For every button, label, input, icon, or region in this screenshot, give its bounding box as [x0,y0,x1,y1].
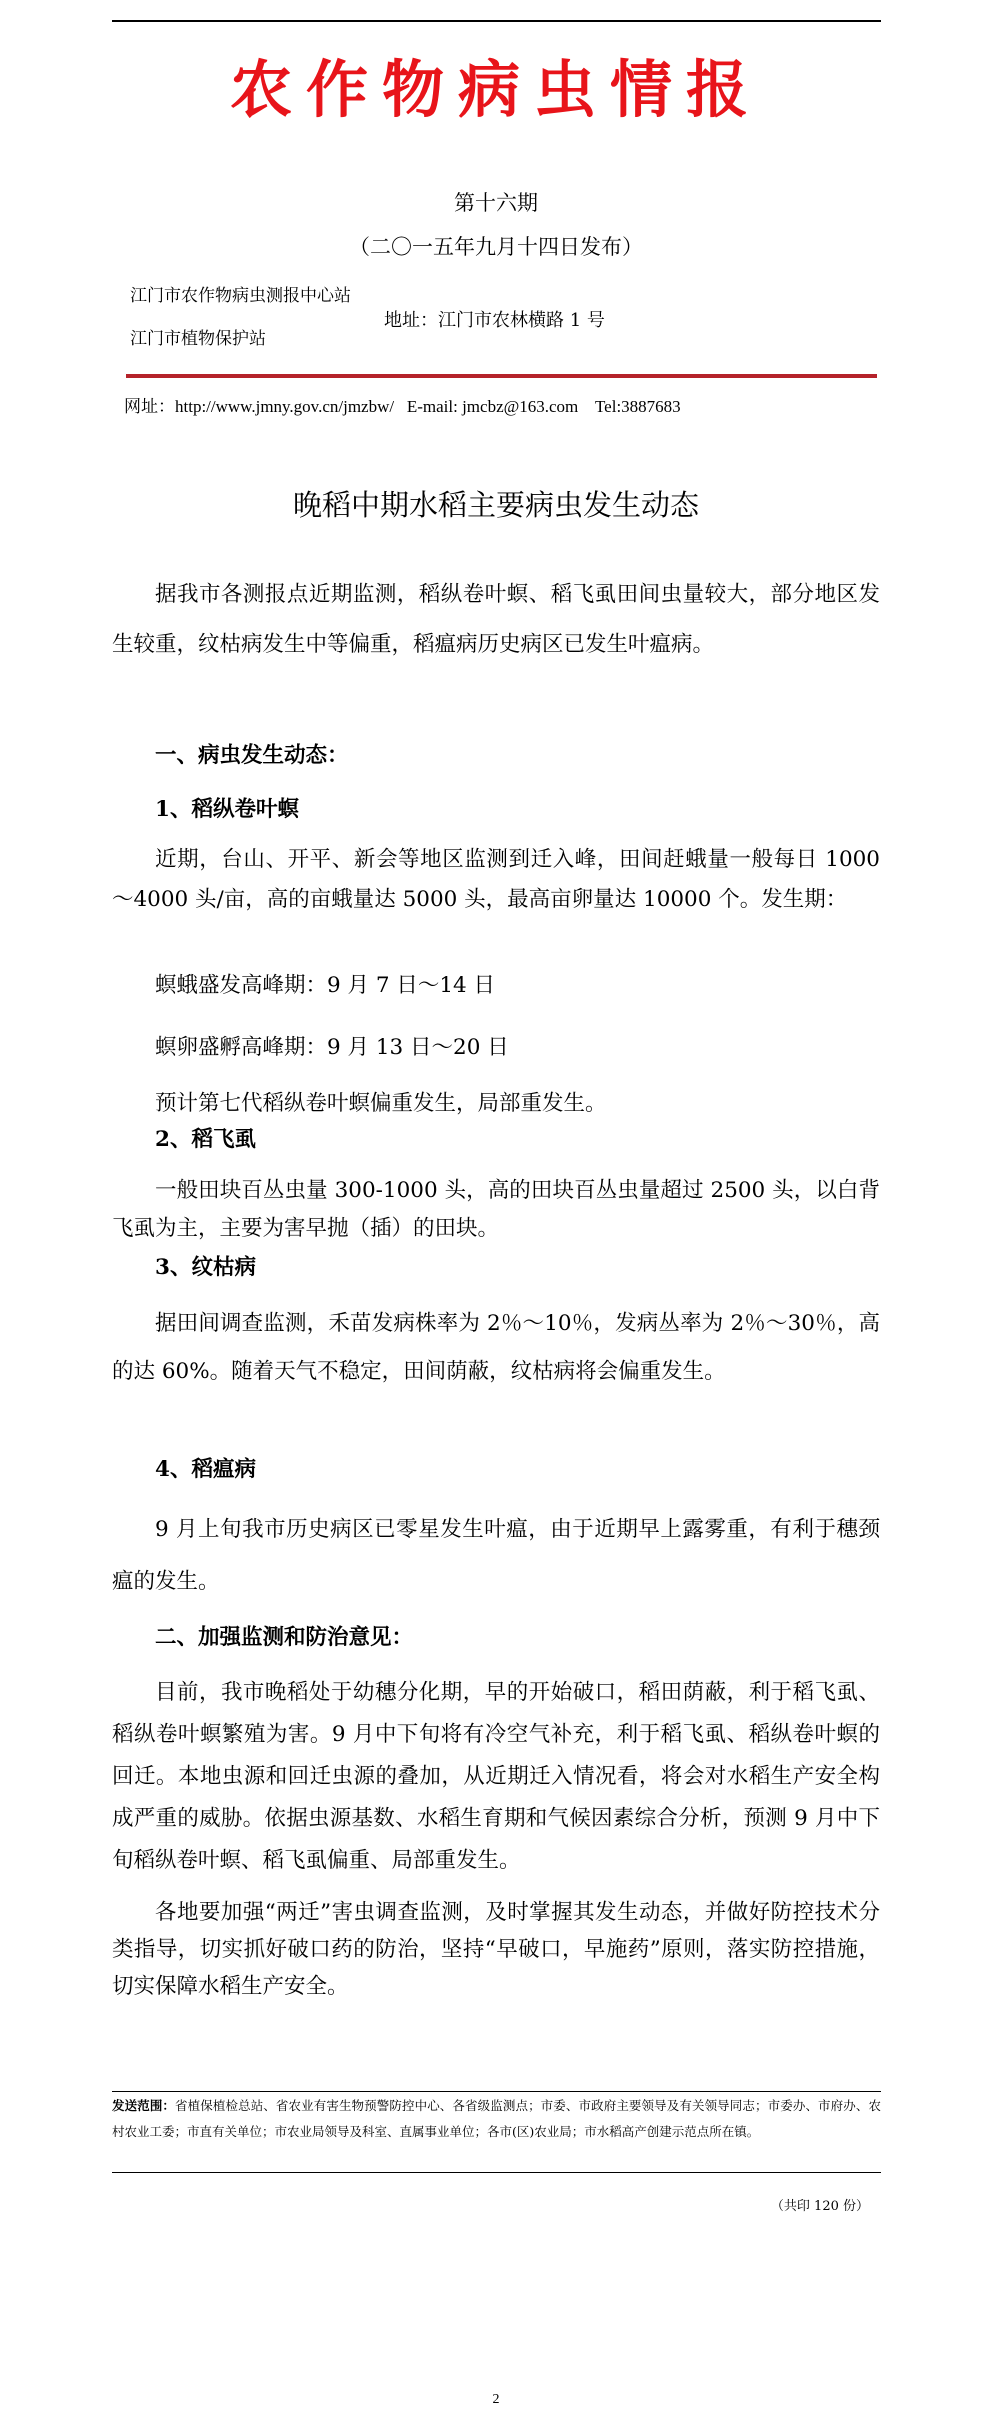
section2-heading: 二、加强监测和防治意见： [112,1620,923,1656]
top-divider [112,20,881,22]
issue-number: 第十六期 [0,188,992,218]
egg-peak: 螟卵盛孵高峰期：9 月 13 日～20 日 [112,1030,509,1066]
org-primary: 江门市农作物病虫测报中心站 [130,283,351,309]
publish-date: （二〇一五年九月十四日发布） [0,232,992,262]
document-page: 农作物病虫情报 第十六期 （二〇一五年九月十四日发布） 江门市农作物病虫测报中心… [0,0,992,2428]
distribution-list: 发送范围：省植保植检总站、省农业有害生物预警防控中心、各省级监测点；市委、市政府… [112,2093,881,2145]
item3-text: 据田间调查监测，禾苗发病株率为 2％～10％，发病丛率为 2％～30％，高的达 … [112,1300,880,1396]
page-number: 2 [0,2392,992,2408]
item2-heading: 2、稻飞虱 [112,1122,923,1158]
section2-paragraph-2: 各地要加强“两迁”害虫调查监测，及时掌握其发生动态，并做好防控技术分类指导，切实… [112,1894,880,2005]
moth-peak: 螟蛾盛发高峰期：9 月 7 日～14 日 [112,968,495,1004]
red-divider [126,374,877,378]
item4-text: 9 月上旬我市历史病区已零星发生叶瘟，由于近期早上露雾重，有利于穗颈瘟的发生。 [112,1504,880,1608]
masthead-title: 农作物病虫情报 [0,40,992,140]
article-title: 晚稻中期水稻主要病虫发生动态 [0,485,992,525]
section2-paragraph-1: 目前，我市晚稻处于幼穗分化期，早的开始破口，稻田荫蔽，利于稻飞虱、稻纵卷叶螟繁殖… [112,1672,880,1882]
section1-heading: 一、病虫发生动态： [112,738,923,774]
distribution-top-rule [112,2091,881,2092]
forecast: 预计第七代稻纵卷叶螟偏重发生，局部重发生。 [112,1086,607,1122]
item2-text: 一般田块百丛虫量 300-1000 头，高的田块百丛虫量超过 2500 头，以白… [112,1172,880,1248]
item1-heading: 1、稻纵卷叶螟 [112,792,923,828]
item3-heading: 3、纹枯病 [112,1250,923,1286]
intro-paragraph: 据我市各测报点近期监测，稻纵卷叶螟、稻飞虱田间虫量较大，部分地区发生较重，纹枯病… [112,570,880,670]
org-secondary: 江门市植物保护站 [130,326,266,352]
item4-heading: 4、稻瘟病 [112,1452,923,1488]
contact-line: 网址：http://www.jmny.gov.cn/jmzbw/ E-mail:… [124,396,681,418]
distribution-label: 发送范围： [112,2098,175,2113]
distribution-bottom-rule [112,2172,881,2173]
distribution-text: 省植保植检总站、省农业有害生物预警防控中心、各省级监测点；市委、市政府主要领导及… [112,2098,881,2139]
item1-text: 近期，台山、开平、新会等地区监测到迁入峰，田间赶蛾量一般每日 1000～4000… [112,840,880,920]
address: 地址：江门市农林横路 1 号 [384,308,605,334]
print-count: （共印 120 份） [771,2195,869,2214]
